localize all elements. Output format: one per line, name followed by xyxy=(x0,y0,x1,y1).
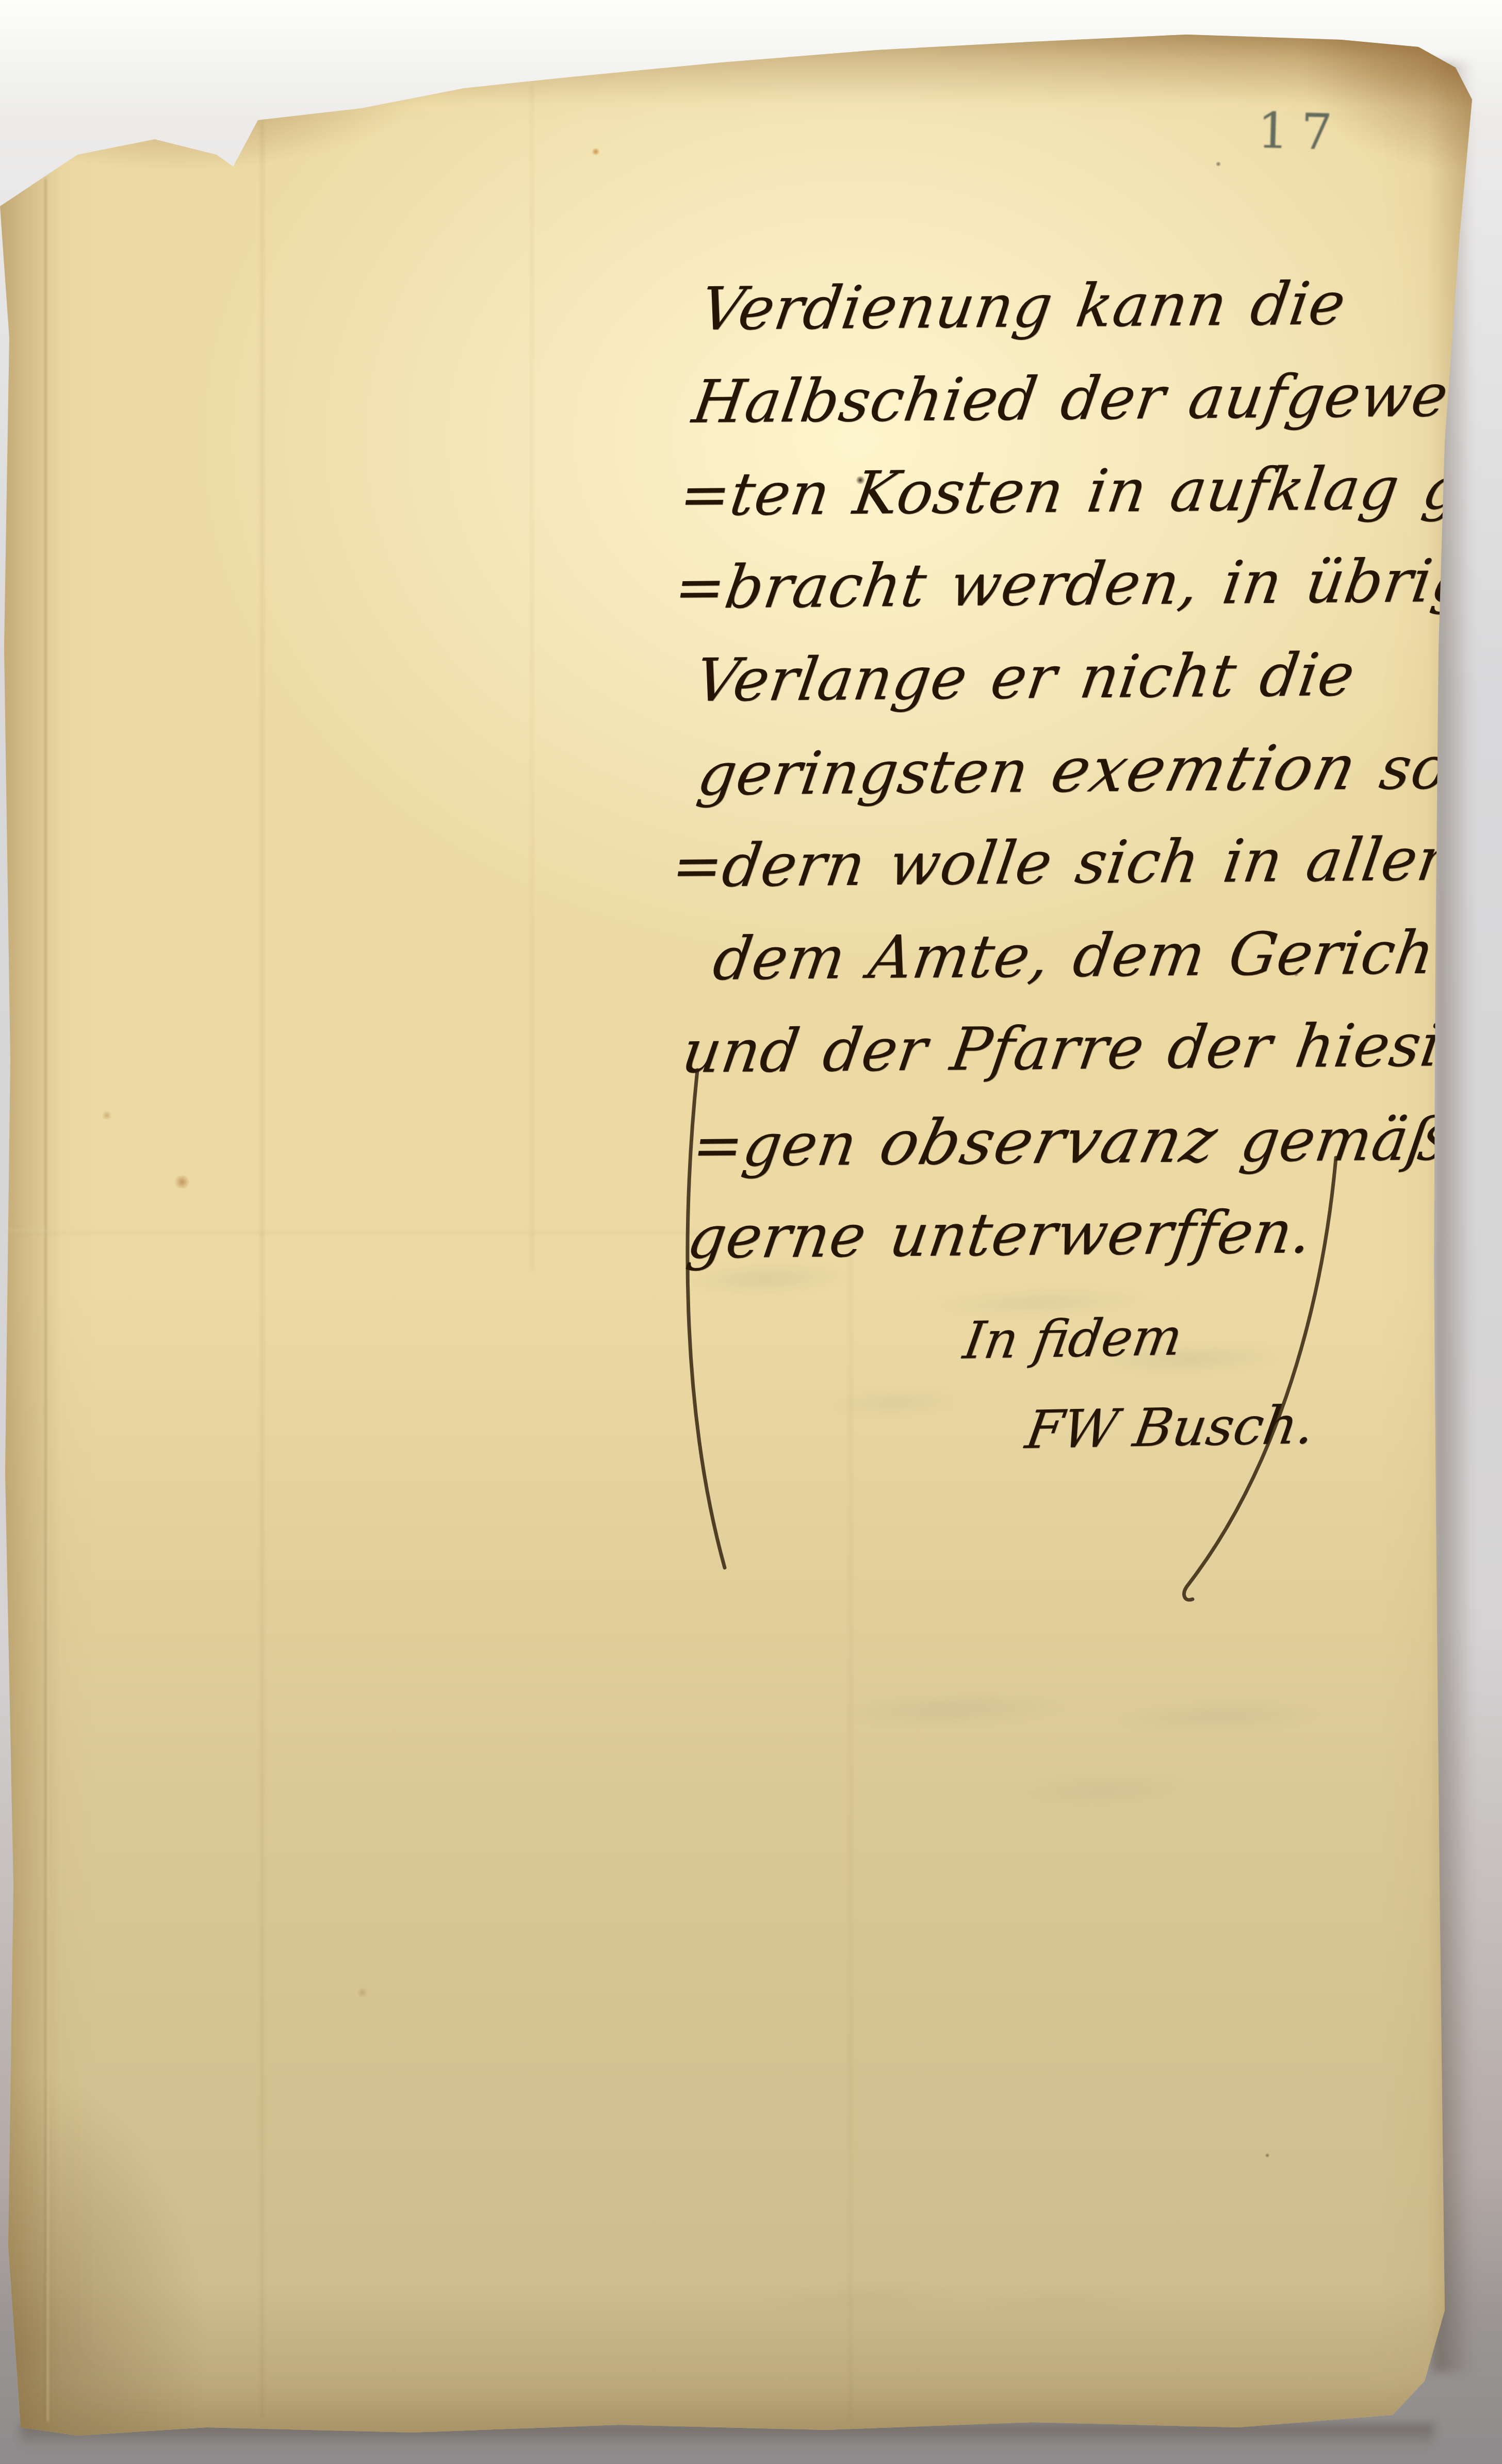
vertical-fold-line xyxy=(44,178,49,2421)
kurrent-script-text: son= xyxy=(1351,733,1502,803)
manuscript-line: Verlange er nicht die xyxy=(689,628,1465,727)
manuscript-lines: Verdienung kann dieHalbschied der aufgew… xyxy=(668,263,1452,1284)
kurrent-script-text: gemäß xyxy=(1212,1105,1454,1176)
bleed-through-writing xyxy=(685,2253,1183,2347)
kurrent-script-text: Verlange er nicht die xyxy=(691,640,1359,715)
manuscript-line: und der Pfarre der hiesi= xyxy=(676,999,1465,1098)
manuscript-line: =gen observanz gemäß xyxy=(687,1092,1465,1191)
manuscript-leaf: 17 Verdienung kann dieHalbschied der auf… xyxy=(0,28,1476,2448)
kurrent-script-text: geringsten xyxy=(693,737,1058,809)
foxing-spot xyxy=(356,1988,369,1997)
page-number: 17 xyxy=(1257,103,1346,161)
ink-speck xyxy=(1215,161,1221,167)
kurrent-script-text: und der Pfarre der hiesi= xyxy=(678,1010,1496,1087)
manuscript-line: Verdienung kann die xyxy=(694,256,1465,356)
manuscript-line: gerne unterwerffen. xyxy=(681,1185,1465,1284)
manuscript-line: Halbschied der aufgewend= xyxy=(687,349,1465,449)
handwritten-text-block: Verdienung kann dieHalbschied der aufgew… xyxy=(668,263,1452,1476)
manuscript-line: =dern wolle sich in allen xyxy=(666,813,1465,913)
foxing-spot xyxy=(101,1111,112,1120)
kurrent-script-text: =dern wolle sich in allen xyxy=(667,825,1461,901)
latin-script-word: exemtion xyxy=(1042,721,1367,817)
foxing-spot xyxy=(591,148,600,155)
closing-block: In fidem FW Busch. xyxy=(668,1297,1452,1476)
kurrent-script-text: =bracht werden, in übrigen xyxy=(670,546,1502,622)
manuscript-line: =bracht werden, in übrigen xyxy=(668,535,1465,634)
closing-formula: In fidem xyxy=(957,1288,1465,1385)
horizontal-fold-line xyxy=(0,1230,701,1234)
vertical-fold-line xyxy=(530,85,533,1271)
kurrent-script-text: Verdienung kann die xyxy=(696,269,1350,344)
latin-script-word: observanz xyxy=(870,1094,1228,1190)
manuscript-line: dem Amte, dem Gericht xyxy=(707,906,1465,1006)
kurrent-script-text: =gen xyxy=(688,1110,886,1180)
ink-speck xyxy=(1265,2153,1270,2158)
manuscript-line: =ten Kosten in aufklag ge= xyxy=(674,442,1465,541)
bleed-through-writing xyxy=(755,1631,1422,1860)
kurrent-script-text: =ten Kosten in aufklag ge= xyxy=(675,453,1502,530)
kurrent-script-text: Halbschied der aufgewend= xyxy=(688,360,1502,437)
kurrent-script-text: gerne unterwerffen. xyxy=(683,1197,1317,1272)
vertical-fold-line xyxy=(260,95,264,2416)
foxing-spot xyxy=(173,1175,191,1189)
signature: FW Busch. xyxy=(1019,1377,1466,1476)
scanned-manuscript-page: { "page": { "number": "17" }, "manuscrip… xyxy=(0,0,1502,2464)
kurrent-script-text: dem Amte, dem Gericht xyxy=(709,918,1463,994)
manuscript-line: geringsten exemtion son= xyxy=(692,720,1465,820)
